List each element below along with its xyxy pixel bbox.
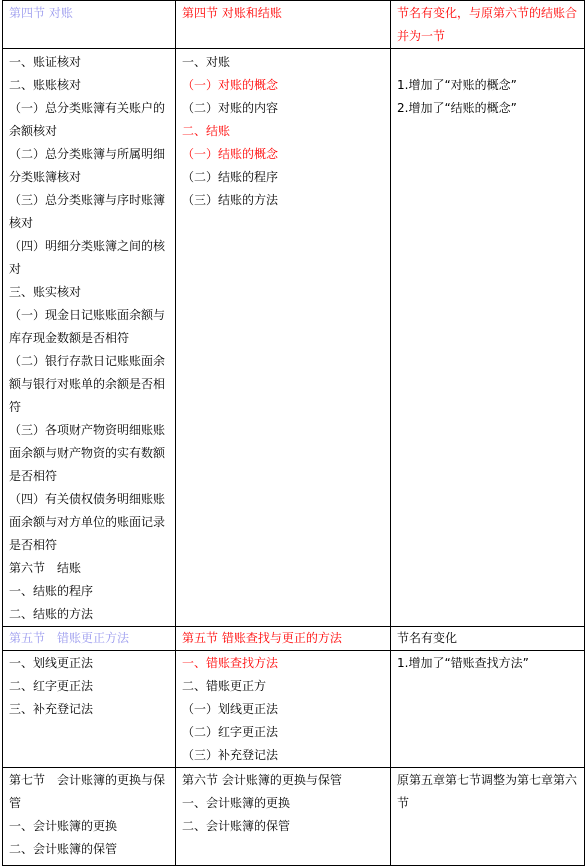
list-item: 第七节 会计账簿的更换与保管 [9, 769, 169, 815]
list-item: 一、对账 [182, 51, 384, 74]
old-section-title-cell: 第四节 对账 [3, 1, 176, 49]
list-item: 第六节 结账 [9, 557, 169, 580]
list-item: 三、账实核对 [9, 281, 169, 304]
list-item-added: （一）结账的概念 [182, 143, 384, 166]
list-item: 三、补充登记法 [9, 698, 169, 721]
old-content-cell: 一、账证核对 二、账账核对 （一）总分类账簿有关账户的余额核对 （二）总分类账簿… [3, 49, 176, 627]
list-item: 一、账证核对 [9, 51, 169, 74]
list-item: 一、会计账簿的更换 [182, 792, 384, 815]
list-item: 二、会计账簿的保管 [182, 815, 384, 838]
list-item: （一）划线更正法 [182, 698, 384, 721]
list-item: （三）总分类账簿与序时账簿核对 [9, 189, 169, 235]
list-item: （四）有关债权债务明细账账面余额与对方单位的账面记录是否相符 [9, 488, 169, 557]
new-content-cell: 一、对账 （一）对账的概念 （二）对账的内容 二、结账 （一）结账的概念 （二）… [176, 49, 391, 627]
list-item: （二）结账的程序 [182, 166, 384, 189]
list-item: （二）对账的内容 [182, 97, 384, 120]
change-note-item: 1.增加了“错账查找方法” [397, 652, 578, 675]
change-note-cell: 节名有变化 [391, 627, 585, 651]
comparison-table: 第四节 对账 第四节 对账和结账 节名有变化，与原第六节的结账合并为一节 一、账… [2, 0, 585, 863]
new-content-cell: 一、错账查找方法 二、错账更正方 （一）划线更正法 （二）红字更正法 （三）补充… [176, 651, 391, 768]
list-item: 第六节 会计账簿的更换与保管 [182, 769, 384, 792]
list-item: （四）明细分类账簿之间的核对 [9, 235, 169, 281]
change-note-item: 2.增加了“结账的概念” [397, 97, 578, 120]
old-section-title: 第四节 对账 [9, 2, 169, 25]
change-note-cell: 1.增加了“对账的概念” 2.增加了“结账的概念” [391, 49, 585, 627]
table-row-ledger-replacement: 第七节 会计账簿的更换与保管 一、会计账簿的更换 二、会计账簿的保管 第六节 会… [3, 768, 585, 864]
new-content-cell: 第六节 会计账簿的更换与保管 一、会计账簿的更换 二、会计账簿的保管 [176, 768, 391, 864]
new-section-title-cell: 第四节 对账和结账 [176, 1, 391, 49]
list-item-added: 一、错账查找方法 [182, 652, 384, 675]
old-section-title: 第五节 错账更正方法 [9, 627, 169, 650]
new-section-title: 第四节 对账和结账 [182, 2, 384, 25]
old-section-title-cell: 第五节 错账更正方法 [3, 627, 176, 651]
list-item: （三）补充登记法 [182, 744, 384, 767]
change-note-cell: 节名有变化，与原第六节的结账合并为一节 [391, 1, 585, 49]
table-row-section5-header: 第五节 错账更正方法 第五节 错账查找与更正的方法 节名有变化 [3, 627, 585, 651]
list-item: （二）总分类账簿与所属明细分类账簿核对 [9, 143, 169, 189]
list-item: （一）总分类账簿有关账户的余额核对 [9, 97, 169, 143]
change-note-item: 1.增加了“对账的概念” [397, 74, 578, 97]
list-item: （三）结账的方法 [182, 189, 384, 212]
list-item: 一、结账的程序 [9, 580, 169, 603]
list-item: （二）银行存款日记账账面余额与银行对账单的余额是否相符 [9, 350, 169, 419]
change-note-item: 原第五章第七节调整为第七章第六节 [397, 769, 578, 815]
list-item: （三）各项财产物资明细账账面余额与财产物资的实有数额是否相符 [9, 419, 169, 488]
list-item: （二）红字更正法 [182, 721, 384, 744]
list-item: 二、错账更正方 [182, 675, 384, 698]
new-section-title: 第五节 错账查找与更正的方法 [182, 627, 384, 650]
old-content-cell: 第七节 会计账簿的更换与保管 一、会计账簿的更换 二、会计账簿的保管 [3, 768, 176, 864]
spacer [397, 51, 578, 74]
list-item-added: 二、结账 [182, 120, 384, 143]
list-item: 一、划线更正法 [9, 652, 169, 675]
change-note: 节名有变化，与原第六节的结账合并为一节 [397, 2, 578, 48]
list-item: （一）现金日记账账面余额与库存现金数额是否相符 [9, 304, 169, 350]
table-row-section5-body: 一、划线更正法 二、红字更正法 三、补充登记法 一、错账查找方法 二、错账更正方… [3, 651, 585, 768]
change-note-cell: 1.增加了“错账查找方法” [391, 651, 585, 768]
table-row-section4-body: 一、账证核对 二、账账核对 （一）总分类账簿有关账户的余额核对 （二）总分类账簿… [3, 49, 585, 627]
list-item: 二、会计账簿的保管 [9, 838, 169, 861]
list-item: 一、会计账簿的更换 [9, 815, 169, 838]
list-item: 二、红字更正法 [9, 675, 169, 698]
list-item: 二、结账的方法 [9, 603, 169, 626]
change-note-cell: 原第五章第七节调整为第七章第六节 [391, 768, 585, 864]
table-row-section4-header: 第四节 对账 第四节 对账和结账 节名有变化，与原第六节的结账合并为一节 [3, 1, 585, 49]
list-item-added: （一）对账的概念 [182, 74, 384, 97]
change-note: 节名有变化 [397, 627, 578, 650]
old-content-cell: 一、划线更正法 二、红字更正法 三、补充登记法 [3, 651, 176, 768]
new-section-title-cell: 第五节 错账查找与更正的方法 [176, 627, 391, 651]
list-item: 二、账账核对 [9, 74, 169, 97]
